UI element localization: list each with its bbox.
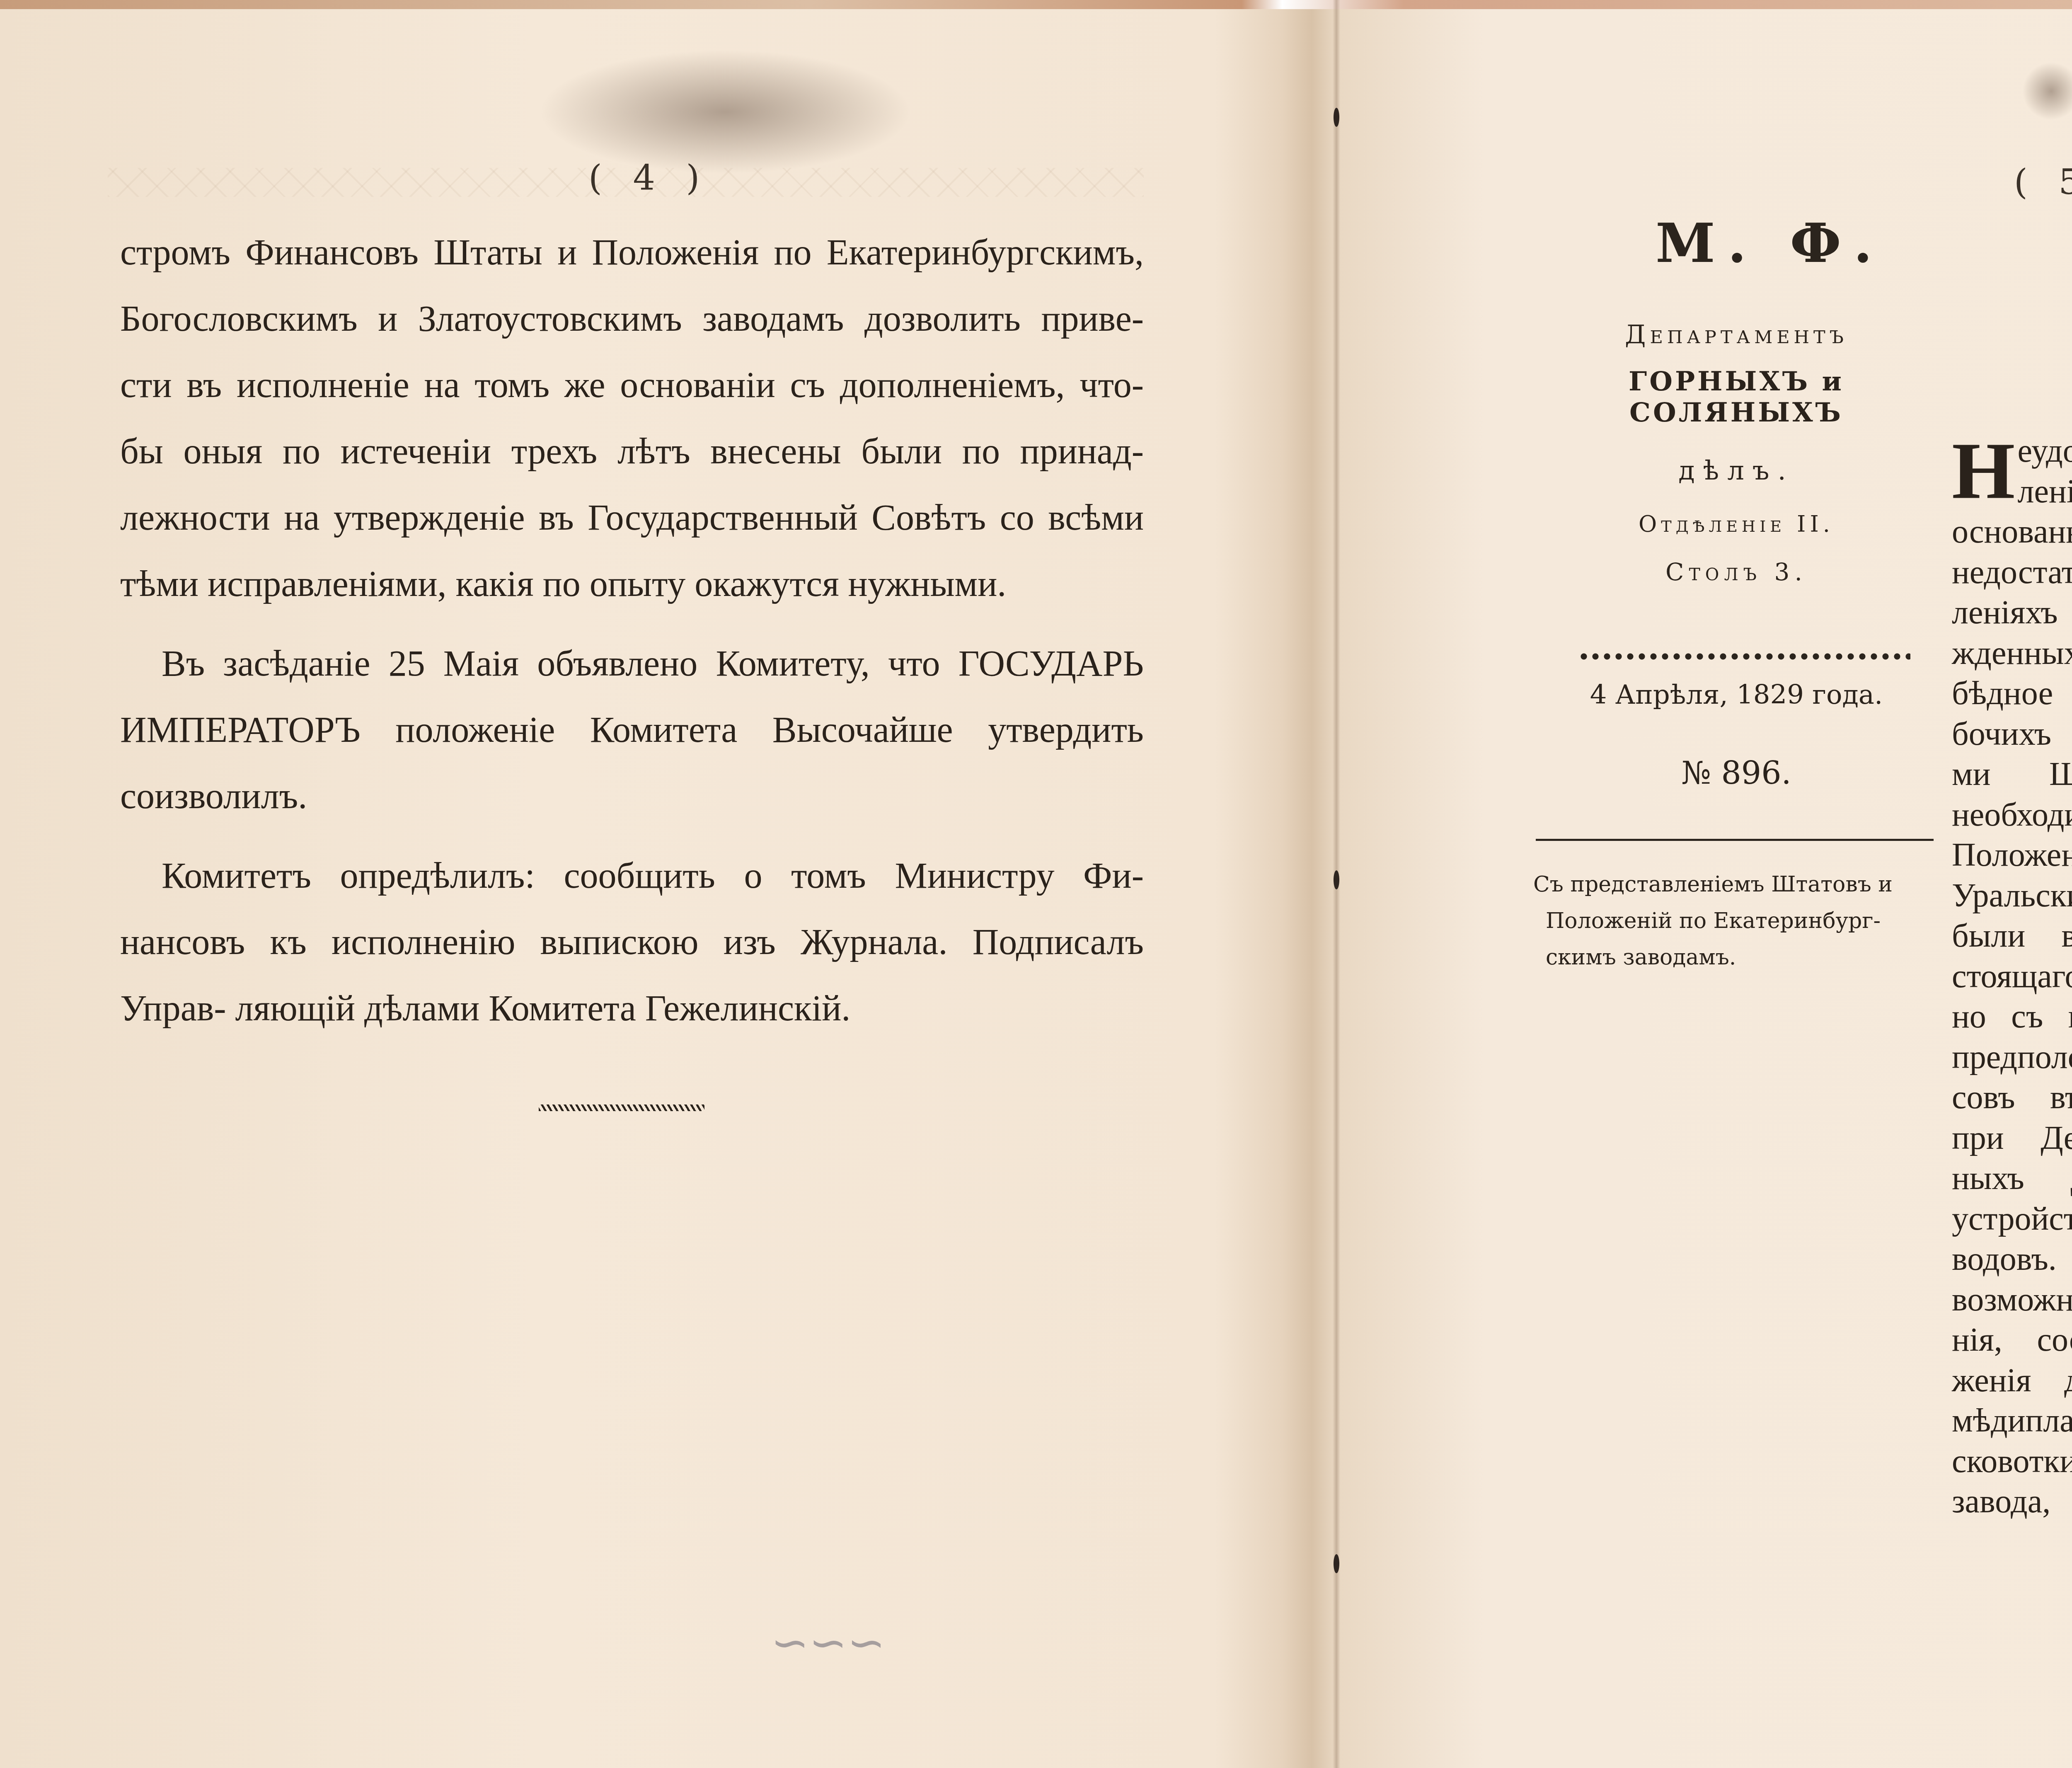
paragraph: Въ засѣданіе 25 Маія объявлено Комитету,… (120, 631, 1144, 830)
text-line: необходимость въ составленіи новыхъ (1952, 795, 2072, 836)
text-line: сковоткинскаго желѣзодѣлательнаго (1952, 1441, 2072, 1482)
subject-note: Съ представленіемъ Штатовъ и Положеній п… (1533, 866, 1931, 976)
department-title: Департаментъ (1533, 319, 1939, 349)
document-date: 4 Апрѣля, 1829 года. (1533, 680, 1939, 710)
text-line: мѣдиплавиленныхъ заводовъ и для Кам- (1952, 1401, 2072, 1441)
bleed-through-handwriting: ~~~ (771, 1616, 886, 1669)
document-header: Департаментъ ГОРНЫХЪ и СОЛЯНЫХЪ дѣлъ. От… (1533, 319, 1939, 586)
text-line: при Департаментѣ Горныхъ и Соля- (1952, 1118, 2072, 1159)
text-line: лежности на утвержденіе въ Государственн… (120, 498, 1144, 538)
page-number: ( 4 ) (588, 157, 709, 198)
text-line: предположеніемъ Министръ Финан- (1952, 1037, 2072, 1078)
text-line: леніяхъ для учета заводовъ, утвер- (1952, 593, 2072, 633)
subject-line: Съ представленіемъ Штатовъ и (1533, 866, 1931, 903)
department-affairs: дѣлъ. (1533, 455, 1939, 486)
text-line: бы оныя по истеченіи трехъ лѣтъ внесены … (120, 431, 1144, 472)
desk-label: Столъ 3. (1533, 558, 1939, 586)
text-line: совъ въ концѣ 1824 года, учредилъ (1952, 1078, 2072, 1118)
text-line: ныхъ Дѣлъ особый Комитетъ для (1952, 1158, 2072, 1199)
text-line: ляющій дѣлами Комитета Гежелинскій. (235, 988, 851, 1029)
text-line: Богословскимъ и Златоустовскимъ заводамъ… (120, 299, 1144, 339)
text-line: ИМПЕРАТОРЪ положеніе Комитета Высочайше … (120, 710, 1144, 750)
subject-line: Положеній по Екатеринбург- (1533, 903, 1931, 939)
department-name: ГОРНЫХЪ и СОЛЯНЫХЪ (1533, 366, 1939, 428)
paragraph: Комитетъ опредѣлилъ: сообщить о томъ Мин… (120, 843, 1144, 1042)
divider-rule (1536, 839, 1934, 841)
text-line: Уральскими заводами, которыя бы (1952, 876, 2072, 916)
text-line: возможности нужныя для сего свѣде- (1952, 1280, 2072, 1320)
document-number: № 896. (1533, 754, 1939, 791)
text-line: основанномъ на системѣ прибылей; (1952, 512, 2072, 552)
text-line: жденныхъ силою закона, и наконецъ (1952, 633, 2072, 674)
text-line: соизволилъ. (120, 776, 307, 816)
drop-cap: Н (1952, 440, 2015, 502)
diamond-ornament-rule (1579, 651, 1910, 661)
wavy-end-rule (539, 1104, 704, 1111)
text-line: тѣми исправленіями, какія по опыту окажу… (120, 564, 1006, 604)
text-line: нія, составилъ уже Штаты и Поло- (1952, 1320, 2072, 1361)
text-line: устройства Казенныхъ Горныхъ за- (1952, 1199, 2072, 1240)
binding-hole (1334, 870, 1339, 889)
text-line: сти въ исполненіе на томъ же основаніи с… (120, 365, 1144, 405)
text-line: Положеній для управленія Горными (1952, 835, 2072, 876)
text-line: Комитетъ опредѣлилъ: сообщить о томъ Мин… (162, 856, 1144, 896)
text-line: Въ засѣданіе 25 Маія объявлено Комитету,… (162, 644, 1144, 684)
section-label: Отдѣленіе II. (1533, 511, 1939, 537)
left-page-body: стромъ Финансовъ Штаты и Положенія по Ек… (120, 220, 1144, 1055)
binding-hole (1334, 1554, 1339, 1573)
left-page: ( 4 ) стромъ Финансовъ Штаты и Положенія… (0, 0, 1333, 1768)
right-page-body: Н еудобства въ настоящемъ управ- леніи У… (1952, 431, 2072, 1522)
paragraph: стромъ Финансовъ Штаты и Положенія по Ек… (120, 220, 1144, 618)
text-line: стромъ Финансовъ Штаты и Положенія по Ек… (120, 233, 1144, 273)
text-line: но съ цѣлію ихъ назначенія. Съ симъ (1952, 997, 2072, 1037)
text-line: женія для Горнаго округа Пермскихъ (1952, 1361, 2072, 1401)
text-line: недостатокъ въ точныхъ постанов- (1952, 552, 2072, 593)
binding-hole (1334, 108, 1339, 127)
text-line: завода, которые Комитетъ Гг. Мини- (1952, 1482, 2072, 1522)
text-line: бочихъ людей, опредѣленное прежни- (1952, 714, 2072, 755)
ministry-initials: М. Ф. (1656, 211, 1885, 275)
text-line: бѣдное содержаніе чиновниковъ и ра- (1952, 673, 2072, 714)
text-line: стоящаго состоянія заводовъ сообраз- (1952, 957, 2072, 997)
text-line: были выведены изъ опытовъ и на- (1952, 916, 2072, 957)
page-number: ( 5 ) (2014, 162, 2072, 202)
text-line: ми Штатами, дали почувствовать (1952, 754, 2072, 795)
book-spread: ( 4 ) стромъ Финансовъ Штаты и Положенія… (0, 0, 2072, 1768)
subject-line: скимъ заводамъ. (1533, 939, 1931, 976)
text-line: водовъ. Комитетъ сей собирая по мѣрѣ (1952, 1239, 2072, 1280)
